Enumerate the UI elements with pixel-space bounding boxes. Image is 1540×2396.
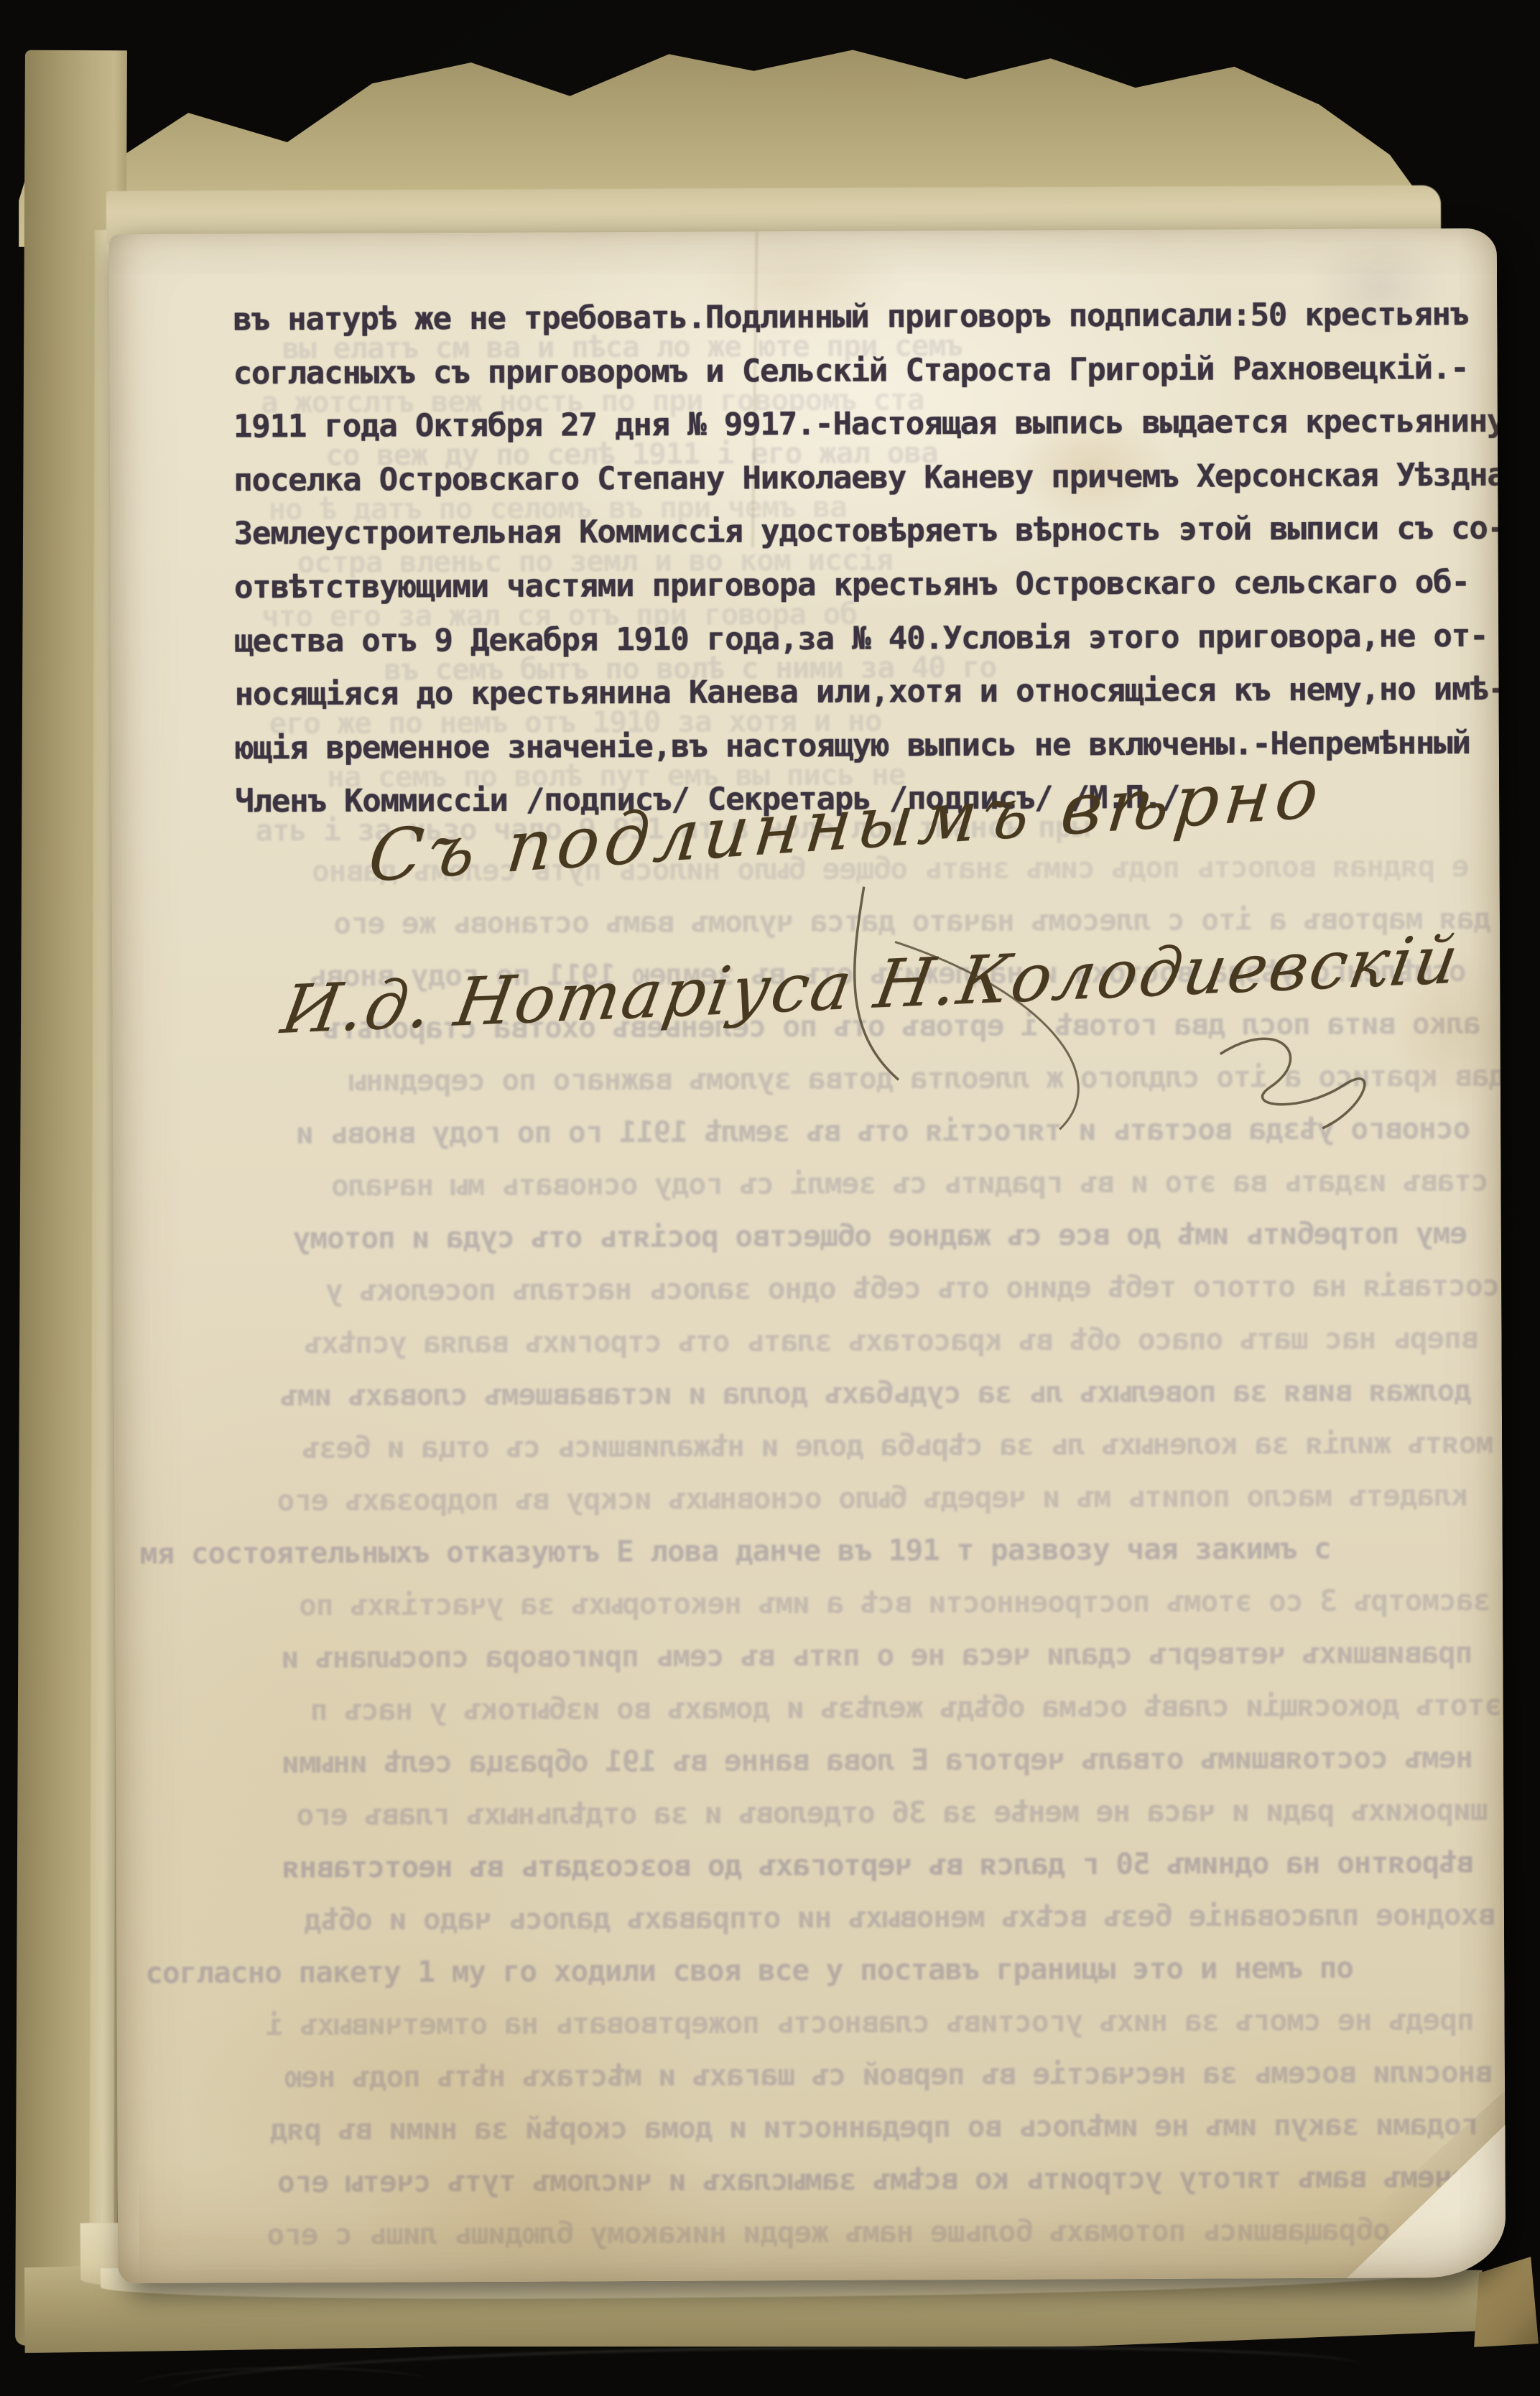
- typed-text-block: въ натурѣ же не требовать.Подлинный приг…: [109, 228, 1506, 2283]
- typed-line: Землеустроительная Коммиссія удостовѣряе…: [234, 513, 1506, 550]
- typed-line: поселка Островскаго Степану Николаеву Ка…: [233, 459, 1506, 496]
- page-edge-highlight-in-shadow-2: [129, 2367, 431, 2390]
- typed-line: въ натурѣ же не требовать.Подлинный приг…: [233, 299, 1468, 336]
- typed-line: согласныхъ съ приговоромъ и Сельскій Ста…: [233, 353, 1469, 390]
- archival-scan-scene: вы елатъ см ва и пѣса ло же юте при семъ…: [0, 0, 1540, 2396]
- document-page: вы елатъ см ва и пѣса ло же юте при семъ…: [109, 228, 1506, 2283]
- typed-line: щества отъ 9 Декабря 1910 года,за № 40.У…: [234, 620, 1488, 657]
- typed-line: носящіяся до крестьянина Канева или,хотя…: [234, 674, 1506, 711]
- typed-line: отвѣтствующими частями приговора крестья…: [234, 567, 1470, 604]
- typed-line: 1911 года Октября 27 дня № 9917.-Настоящ…: [233, 406, 1506, 443]
